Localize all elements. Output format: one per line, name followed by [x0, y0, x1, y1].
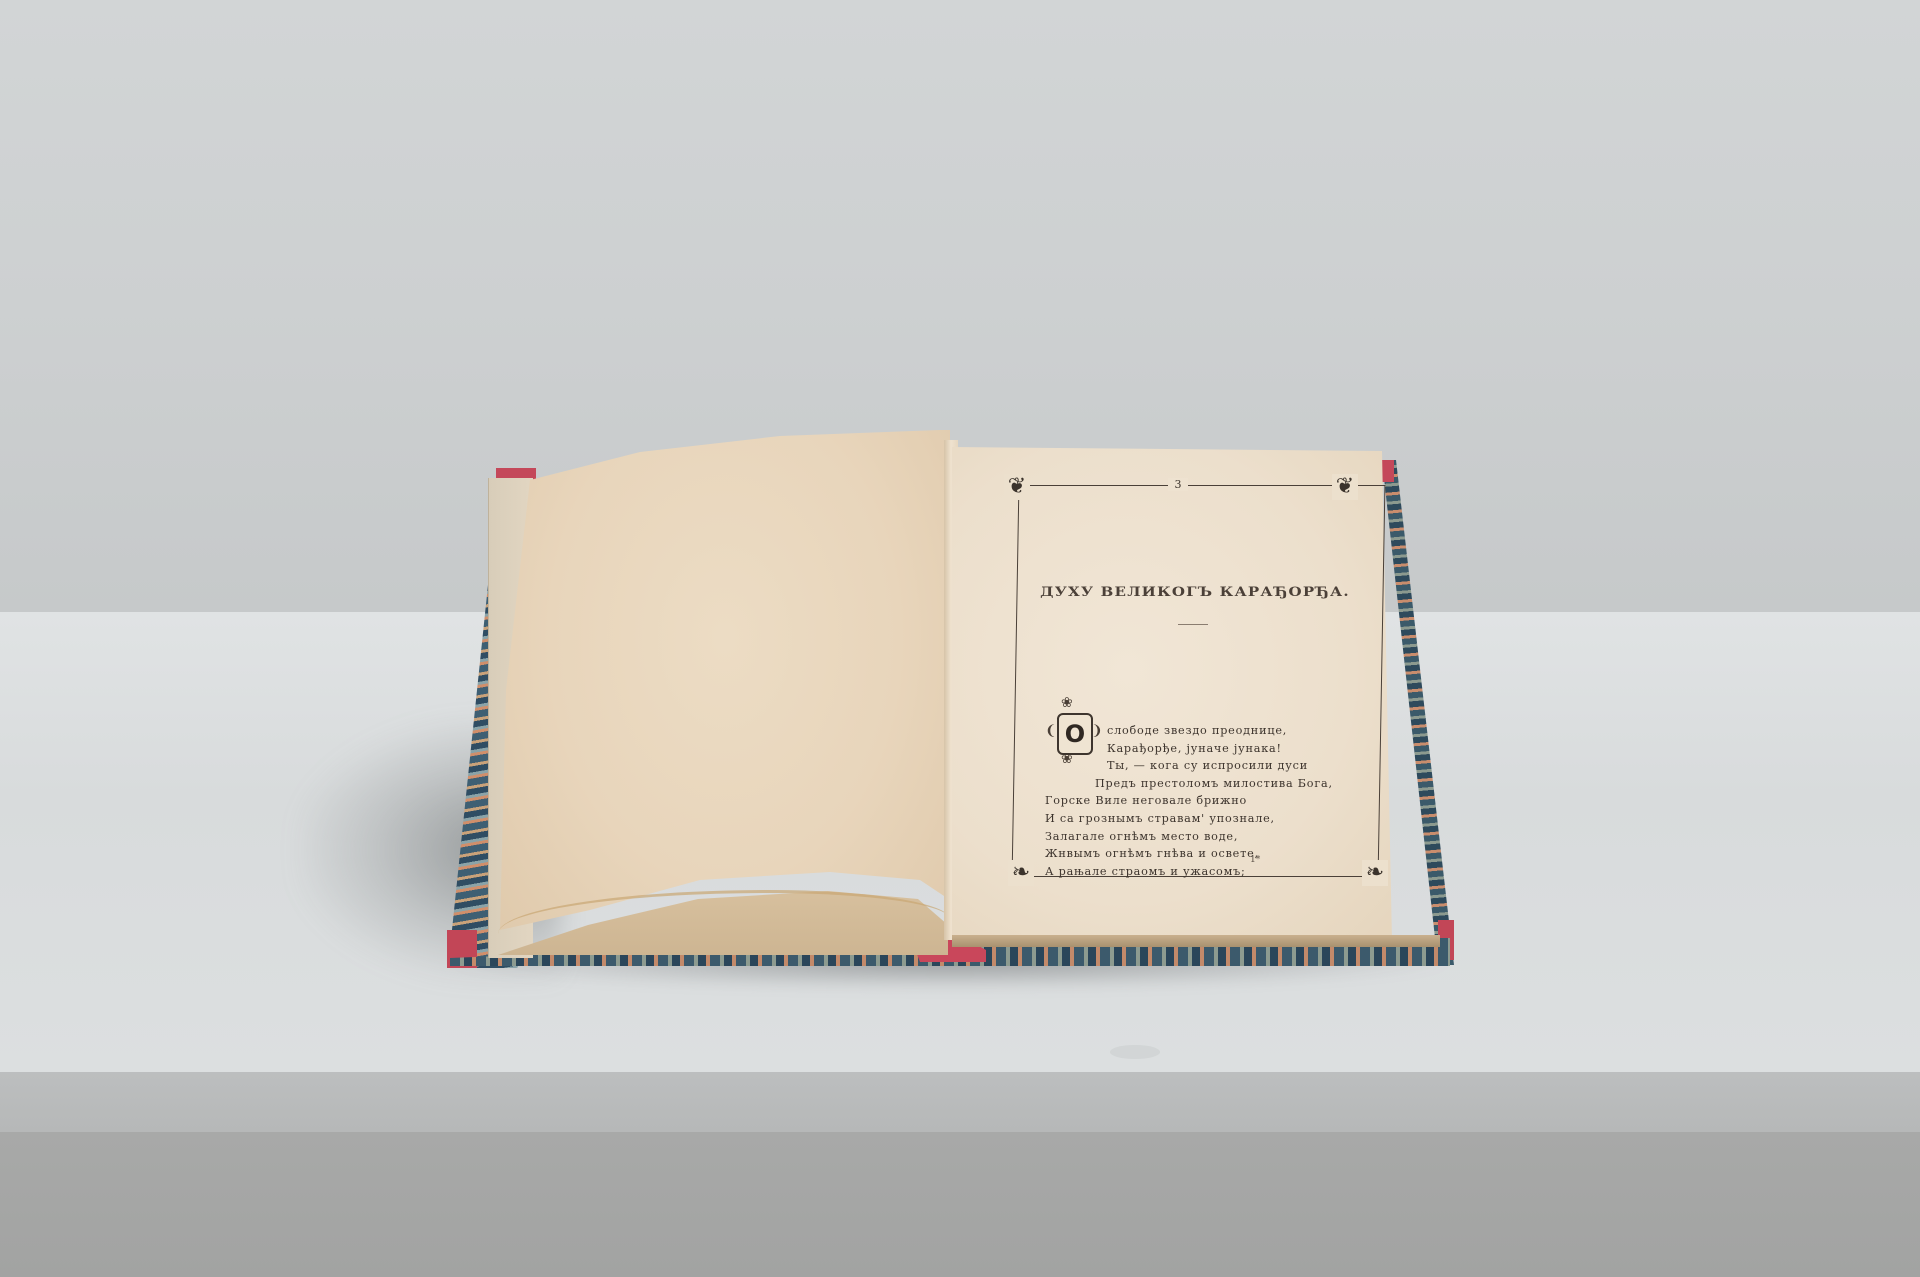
poem-title: ДУХУ ВЕЛИКОГЪ КАРАЂОРЂА.	[1040, 584, 1350, 599]
page-number: 3	[1168, 478, 1188, 491]
pedestal-front-face	[0, 1072, 1920, 1132]
signature-mark: 1*	[1250, 855, 1260, 865]
ornament-corner-icon: ❦	[1332, 474, 1358, 500]
poem-line: Предъ престоломъ милостива Бога,	[1045, 775, 1345, 793]
poem-line: Ты, — кога су испросили дуси	[1045, 757, 1345, 775]
flourish-icon: ❀	[1061, 695, 1073, 711]
poem-line: Залагале огнѣмъ место воде,	[1045, 828, 1345, 846]
right-page-block-edge	[952, 935, 1440, 947]
poem-line: А рањале страомъ и ужасомъ;	[1045, 863, 1345, 881]
poem-line: Горске Виле неговале брижно	[1045, 792, 1345, 810]
ornament-corner-icon: ❦	[1004, 474, 1030, 500]
poem-line: Жнвымъ огнѣмъ гнѣва и освете,	[1045, 845, 1345, 863]
poem-line: Карађорђе, јуначе јунака!	[1045, 740, 1345, 758]
title-divider	[1178, 624, 1208, 625]
pedestal-mark	[1110, 1045, 1160, 1059]
ornament-corner-icon: ❧	[1362, 860, 1388, 886]
left-page-blank[interactable]	[500, 430, 950, 950]
poem-line: И са грознымъ стравам' упознале,	[1045, 810, 1345, 828]
cover-corner-red	[1382, 460, 1394, 482]
poem-text: слободе звездо преоднице, Карађорђе, јун…	[1045, 722, 1345, 880]
poem-line: слободе звездо преоднице,	[1045, 722, 1345, 740]
floor	[0, 1132, 1920, 1277]
ornament-corner-icon: ❧	[1008, 860, 1034, 886]
